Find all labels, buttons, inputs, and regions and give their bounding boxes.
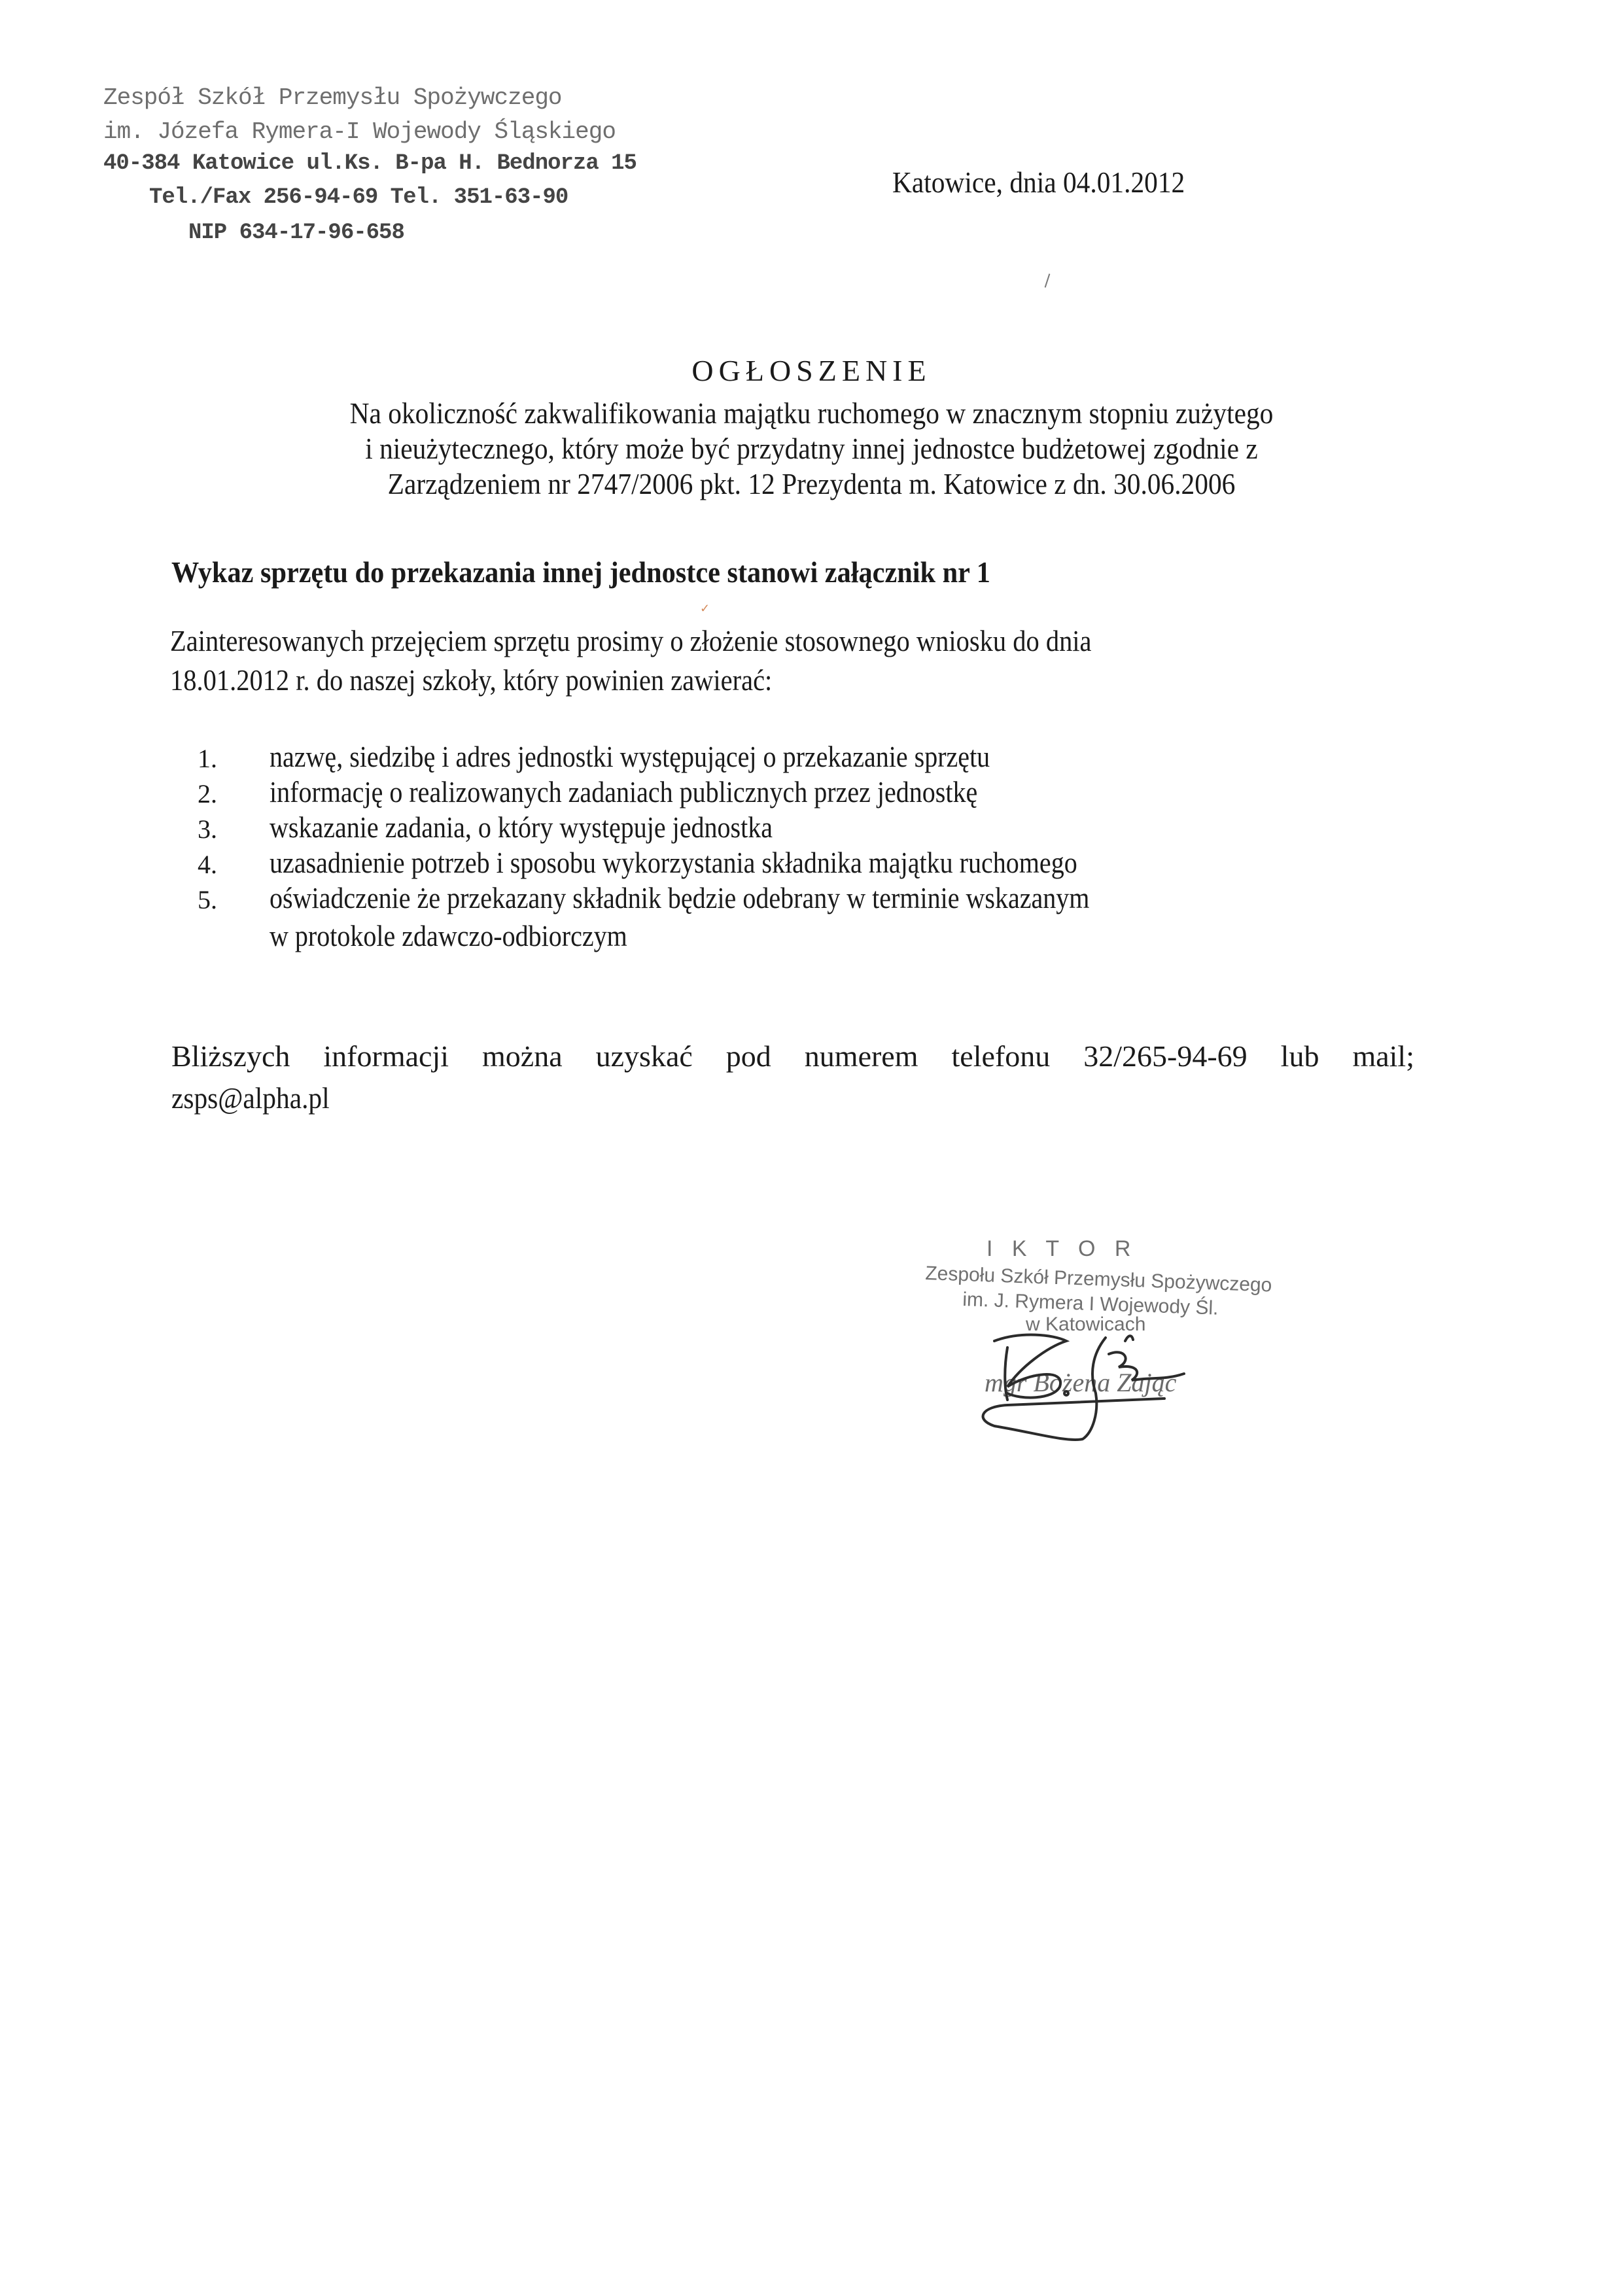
list-item: informację o realizowanych zadaniach pub… [270, 774, 977, 809]
stamp-line: 40-384 Katowice ul.Ks. B-pa H. Bednorza … [103, 149, 637, 178]
handwritten-signature [968, 1328, 1243, 1446]
request-line: Zainteresowanych przejęciem sprzętu pros… [170, 623, 1092, 658]
date-line: Katowice, dnia 04.01.2012 [892, 165, 1185, 200]
list-number: 3. [198, 814, 217, 844]
intro-line: i nieużytecznego, który może być przydat… [81, 431, 1542, 466]
request-line: 18.01.2012 r. do naszej szkoły, który po… [170, 663, 772, 697]
stamp-line: Tel./Fax 256-94-69 Tel. 351-63-90 [149, 183, 568, 212]
list-number: 4. [198, 849, 217, 880]
stamp-role: I K T O R [986, 1236, 1137, 1262]
contact-email[interactable]: zsps@alpha.pl [171, 1081, 330, 1115]
list-number: 5. [198, 884, 217, 915]
contact-line: Bliższych informacji można uzyskać pod n… [171, 1039, 1414, 1073]
stamp-line: Zespół Szkół Przemysłu Spożywczego [103, 84, 562, 113]
document-title: OGŁOSZENIE [0, 353, 1623, 388]
intro-line: Zarządzeniem nr 2747/2006 pkt. 12 Prezyd… [81, 466, 1542, 501]
stamp-line: im. Józefa Rymera-I Wojewody Śląskiego [103, 118, 616, 147]
list-number: 1. [198, 743, 217, 774]
list-item-continuation: w protokole zdawczo-odbiorczym [270, 918, 627, 953]
list-item: wskazanie zadania, o który występuje jed… [270, 810, 773, 844]
equipment-list-heading: Wykaz sprzętu do przekazania innej jedno… [171, 555, 990, 589]
list-number: 2. [198, 778, 217, 809]
stray-mark: ✓ [700, 602, 710, 616]
list-item: oświadczenie że przekazany składnik będz… [270, 880, 1089, 915]
stamp-line: NIP 634-17-96-658 [188, 218, 404, 247]
stray-mark [1045, 273, 1051, 288]
list-item: uzasadnienie potrzeb i sposobu wykorzyst… [270, 845, 1077, 880]
list-item: nazwę, siedzibę i adres jednostki występ… [270, 739, 990, 774]
intro-line: Na okoliczność zakwalifikowania majątku … [81, 396, 1542, 430]
